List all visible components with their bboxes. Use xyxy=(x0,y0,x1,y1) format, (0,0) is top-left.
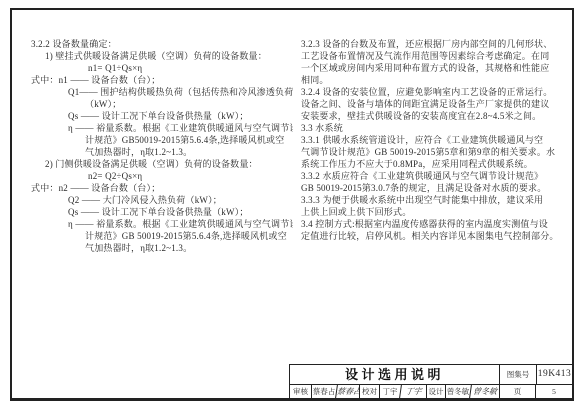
right-text-column: 3.2.3 设备的台数及布置，还应根据厂房内部空间的几何形状、 工艺设备布置情况… xyxy=(301,38,567,242)
text-line: 2) 门侧供暖设备满足供暖（空调）负荷的设备数量： xyxy=(31,158,293,170)
reviewer-label: 审核 xyxy=(290,385,311,398)
title-block-header-row: 设计选用说明 图集号 19K413 xyxy=(290,365,572,385)
text-line: 3.3.1 供暖水系统管道设计，应符合《工业建筑供暖通风与空 xyxy=(301,134,567,146)
text-line: Q2 —— 大门冷风侵入热负荷（kW）； xyxy=(31,194,293,206)
text-line: 3.3.2 水质应符合《工业建筑供暖通风与空气调节设计规范》 xyxy=(301,170,567,182)
checker-name: 丁宇 xyxy=(379,385,400,398)
reviewer-name: 蔡春占 xyxy=(311,385,336,398)
text-line: 相同。 xyxy=(301,74,567,86)
text-line: 气调节设计规范》GB 50019-2015第5章和第9章的相关要求。水 xyxy=(301,146,567,158)
text-line: 计规范》GB50019-2015第5.6.4条,选择暖风机或空 xyxy=(31,134,293,146)
page-title: 设计选用说明 xyxy=(290,365,499,384)
text-line: Qs —— 设计工况下单台设备供热量（kW）； xyxy=(31,110,293,122)
text-line: 上供上回或上供下回形式。 xyxy=(301,206,567,218)
atlas-number-label: 图集号 xyxy=(499,365,536,384)
text-line: η —— 裕量系数。根据《工业建筑供暖通风与空气调节设 xyxy=(31,122,293,134)
text-line: 式中：n2 —— 设备台数（台）； xyxy=(31,182,293,194)
title-block-signature-row: 审核 蔡春占 蔡春占 校对 丁宇 丁宇 设计 曾冬敏 曾冬敏 页 5 xyxy=(290,385,572,398)
text-line: 3.2.2 设备数量确定： xyxy=(31,38,293,50)
text-line: 一个区域或房间内采用同种布置方式的设备，其规格和性能应 xyxy=(301,62,567,74)
text-line: 3.2.4 设备的安装位置，应避免影响室内工艺设备的正常运行。 xyxy=(301,86,567,98)
designer-signature: 曾冬敏 xyxy=(469,385,500,398)
reviewer-signature: 蔡春占 xyxy=(335,385,360,398)
text-line: 安装要求，壁挂式供暖设备的安装高度宜在2.8~4.5米之间。 xyxy=(301,110,567,122)
text-line: 1) 壁挂式供暖设备满足供暖（空调）负荷的设备数量： xyxy=(31,50,293,62)
text-line: 3.4 控制方式:根据室内温度传感器获得的室内温度实测值与设 xyxy=(301,218,567,230)
atlas-number-value: 19K413 xyxy=(536,365,572,384)
text-line: （kW）； xyxy=(31,98,293,110)
text-line: 3.3.3 为便于供暖水系统中出现空气时能集中排放，建议采用 xyxy=(301,194,567,206)
text-line: 定值进行比较，启停风机。相关内容详见本图集电气控制部分。 xyxy=(301,230,567,242)
text-line: 工艺设备布置情况及气流作用范围等因素综合考虑确定。在同 xyxy=(301,50,567,62)
text-line: η —— 裕量系数。根据《工业建筑供暖通风与空气调节设 xyxy=(31,218,293,230)
designer-name: 曾冬敏 xyxy=(445,385,470,398)
formula-line: n1= Q1÷Qs×η xyxy=(31,62,293,74)
text-line: Q1—— 围护结构供暖热负荷（包括传热和冷风渗透负荷） xyxy=(31,86,293,98)
text-line: 3.2.3 设备的台数及布置，还应根据厂房内部空间的几何形状、 xyxy=(301,38,567,50)
page-number-label: 页 xyxy=(499,385,535,398)
text-line: GB 50019-2015第3.0.7条的规定，且满足设备对水质的要求。 xyxy=(301,182,567,194)
title-block: 设计选用说明 图集号 19K413 审核 蔡春占 蔡春占 校对 丁宇 丁宇 设计… xyxy=(289,364,572,398)
text-line: 式中：n1 —— 设备台数（台）； xyxy=(31,74,293,86)
section-heading: 3.3 水系统 xyxy=(301,122,567,134)
text-line: Qs —— 设计工况下单台设备供热量（kW）； xyxy=(31,206,293,218)
designer-label: 设计 xyxy=(426,385,445,398)
drawing-border-frame: 3.2.2 设备数量确定： 1) 壁挂式供暖设备满足供暖（空调）负荷的设备数量：… xyxy=(10,8,574,401)
document-page: 3.2.2 设备数量确定： 1) 壁挂式供暖设备满足供暖（空调）负荷的设备数量：… xyxy=(0,0,582,409)
text-line: 气加热器时，η取1.2~1.3。 xyxy=(31,146,293,158)
left-text-column: 3.2.2 设备数量确定： 1) 壁挂式供暖设备满足供暖（空调）负荷的设备数量：… xyxy=(31,38,293,254)
checker-signature: 丁宇 xyxy=(399,385,427,398)
text-line: 气加热器时，η取1.2~1.3。 xyxy=(31,242,293,254)
text-line: 系统工作压力不应大于0.8MPa，应采用同程式供暖系统。 xyxy=(301,158,567,170)
page-number-value: 5 xyxy=(535,385,572,398)
text-line: 计规范》GB 50019-2015第5.6.4条,选择暖风机或空 xyxy=(31,230,293,242)
text-line: 设备之间、设备与墙体的间距宜满足设备生产厂家提供的建议 xyxy=(301,98,567,110)
formula-line: n2= Q2÷Qs×η xyxy=(31,170,293,182)
checker-label: 校对 xyxy=(359,385,379,398)
